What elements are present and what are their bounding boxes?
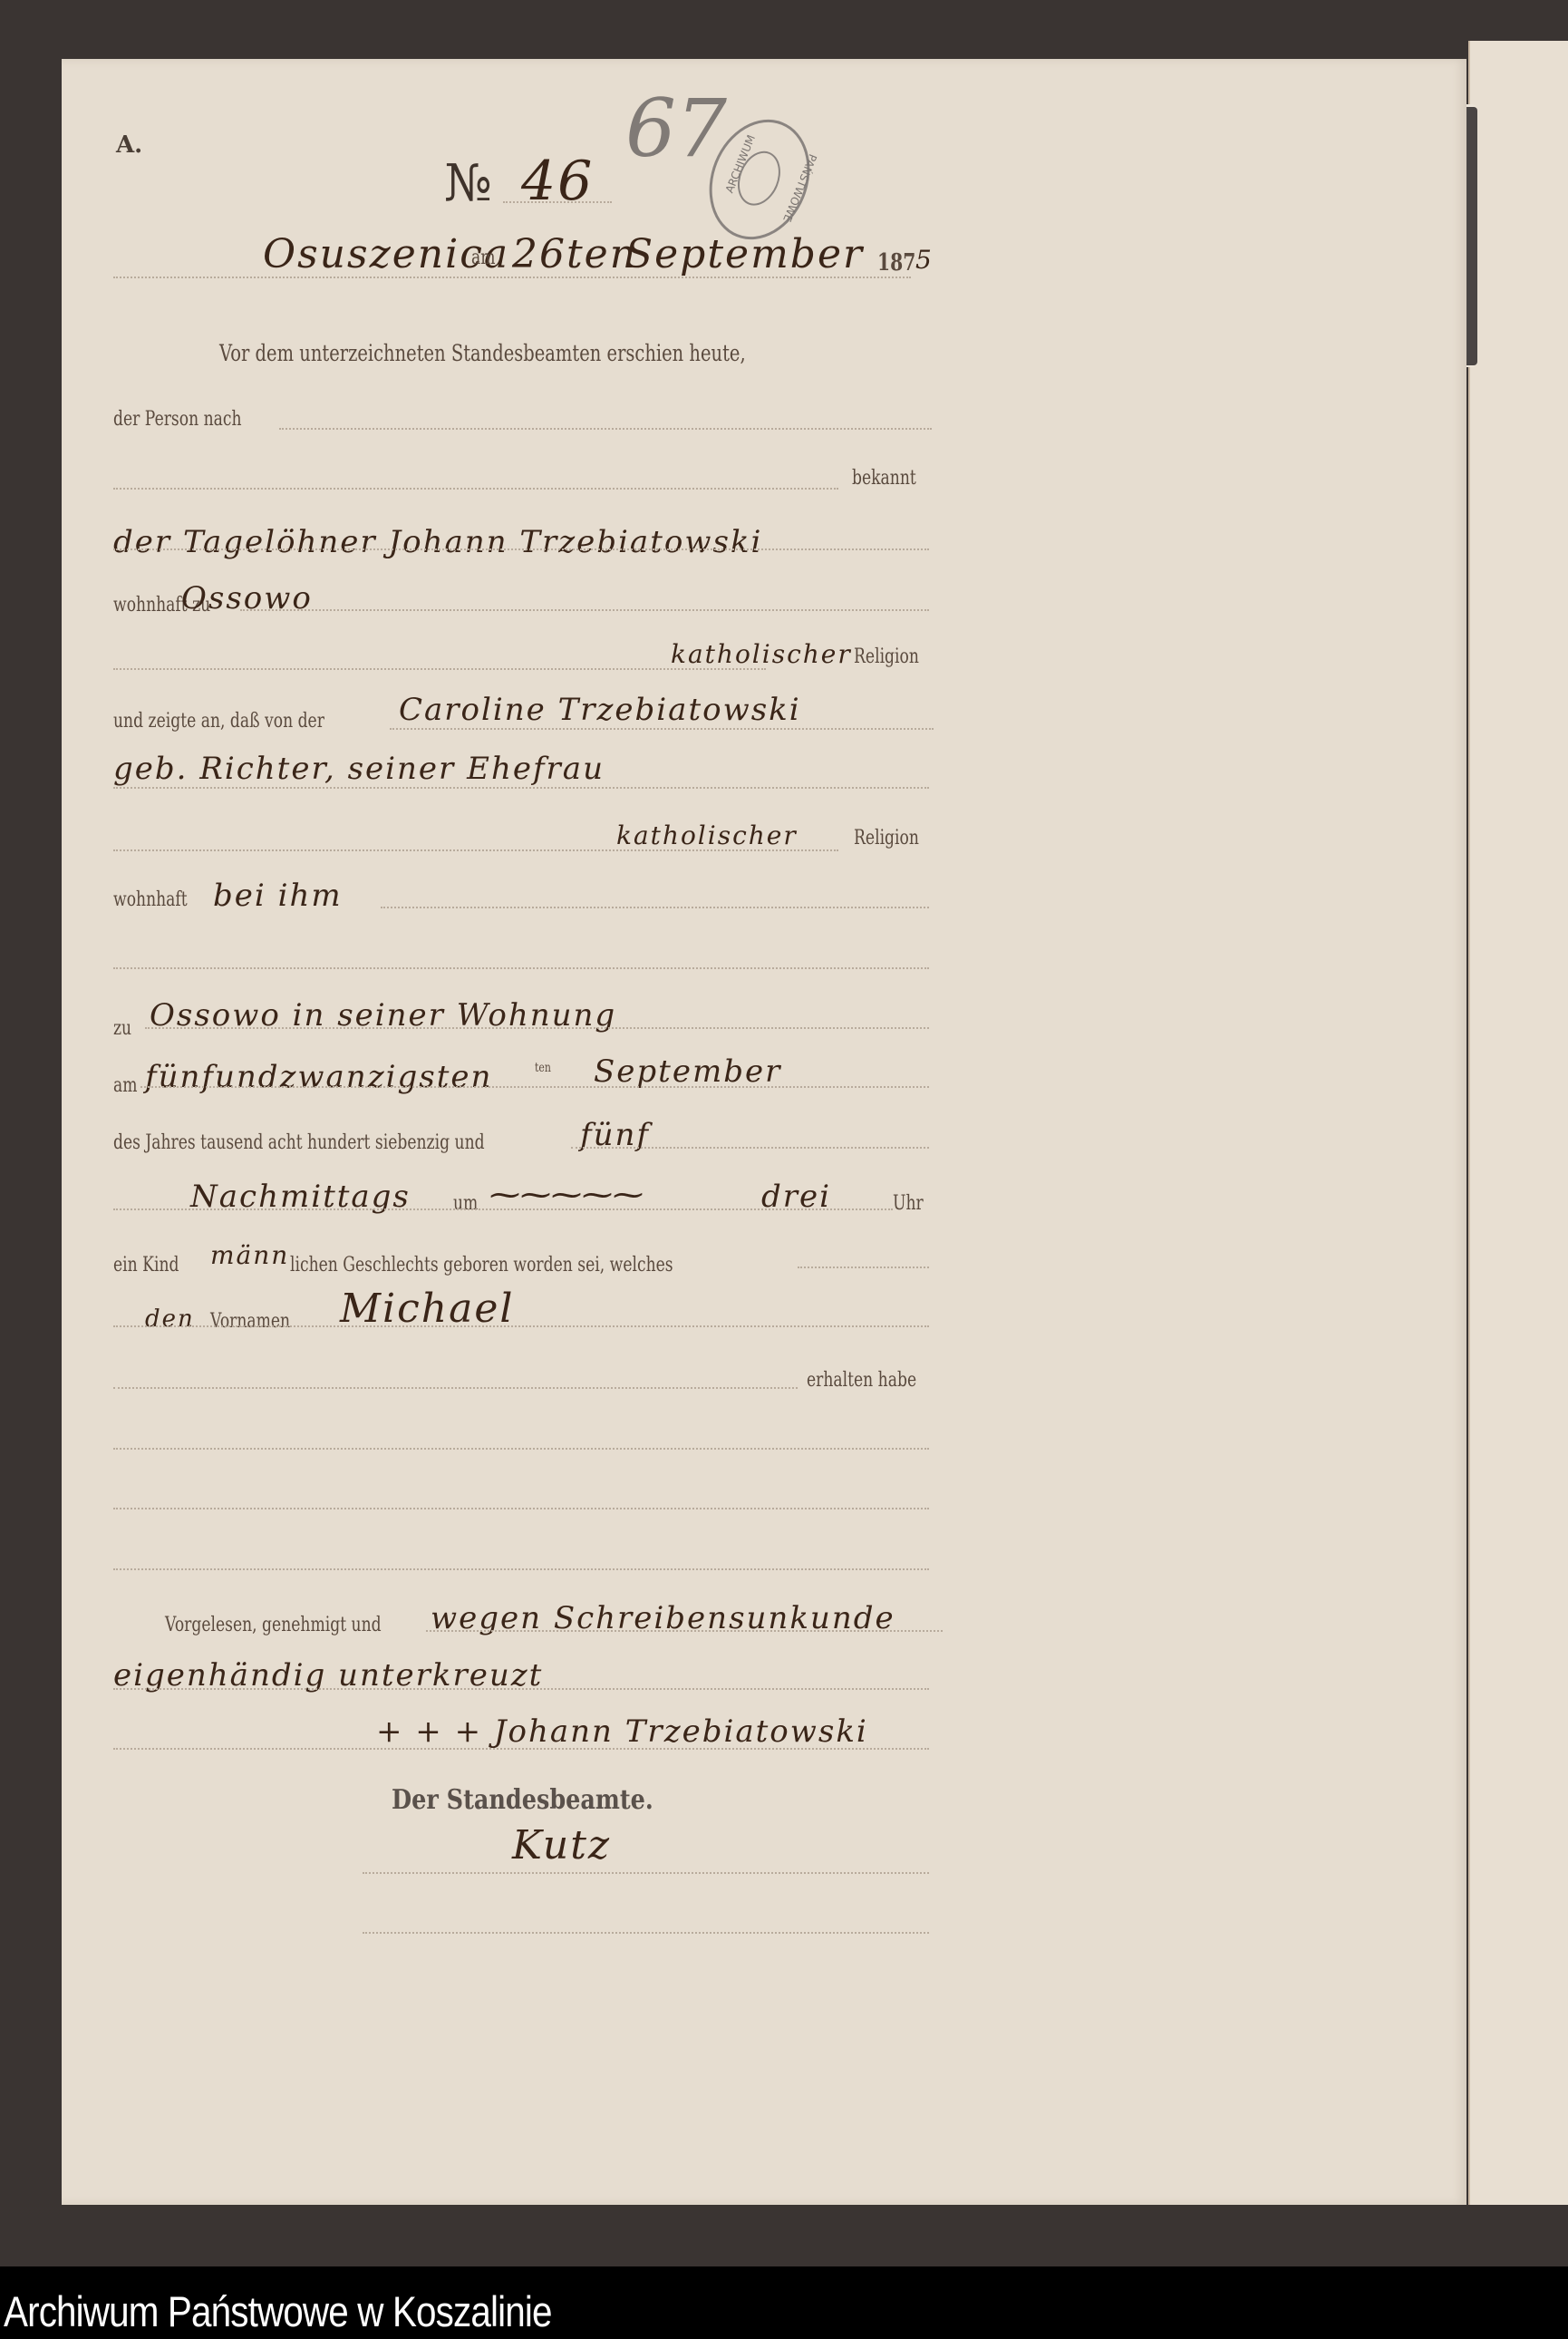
year-written: 5 [915, 245, 934, 275]
year-label: des Jahres tausend acht hundert siebenzi… [113, 1131, 485, 1154]
officer-signature: Kutz [512, 1822, 611, 1868]
announcement-label: und zeigte an, daß von der [113, 710, 324, 733]
dotted-line [503, 201, 612, 203]
mother-name: Caroline Trzebiatowski [399, 692, 801, 728]
read-label: Vorgelesen, genehmigt und [165, 1614, 382, 1636]
child-label-1: ein Kind [113, 1254, 179, 1276]
date-prefix: am [471, 247, 496, 269]
record-number: 46 [521, 150, 594, 213]
birth-place-label: zu [113, 1017, 131, 1040]
dotted-line [363, 1932, 929, 1934]
dotted-line [113, 1508, 929, 1509]
dotted-line [145, 1027, 929, 1029]
time-label: um [453, 1192, 478, 1215]
dotted-line [113, 668, 766, 670]
religion-1: katholischer [671, 639, 852, 669]
dotted-line [113, 277, 911, 278]
known-label: bekannt [852, 467, 916, 490]
officer-title: Der Standesbeamte. [392, 1784, 653, 1816]
mother-line2: geb. Richter, seiner Ehefrau [113, 751, 605, 787]
informant-signature: + + + Johann Trzebiatowski [376, 1713, 868, 1750]
dotted-line [279, 428, 932, 430]
child-label-2: lichen Geschlechts geboren worden sei, w… [290, 1254, 673, 1276]
archive-name: Archiwum Państwowe w Koszalinie [4, 2286, 552, 2336]
mother-residence-label: wohnhaft [113, 888, 188, 911]
month: September [625, 231, 864, 277]
dotted-line [240, 609, 929, 611]
hour-label: Uhr [893, 1192, 924, 1215]
dotted-line [381, 907, 929, 908]
mother-residence-value: bei ihm [213, 878, 343, 914]
dotted-line [113, 1748, 929, 1750]
day: 26ten [512, 231, 637, 277]
dotted-line [113, 849, 838, 851]
dotted-line [113, 787, 929, 789]
dotted-line [113, 1325, 929, 1327]
received-label: erhalten habe [807, 1369, 916, 1392]
time-dash: ⁓⁓⁓⁓⁓ [489, 1177, 644, 1213]
name-prefix: den [145, 1305, 195, 1333]
birth-day-suffix: ten [535, 1061, 551, 1075]
religion-label-2: Religion [854, 827, 919, 849]
section-letter: A. [116, 131, 142, 159]
dotted-line [571, 1147, 929, 1149]
child-sex: männ [210, 1240, 289, 1270]
number-sign: № [444, 154, 492, 213]
residence-value: Ossowo [181, 580, 313, 616]
year-printed: 187 [877, 249, 915, 277]
dotted-line [390, 728, 934, 730]
dotted-line [113, 1568, 929, 1570]
dotted-line [113, 1448, 929, 1450]
dotted-line [798, 1267, 929, 1268]
dotted-line [113, 1688, 929, 1690]
dotted-line [426, 1630, 943, 1632]
dotted-line [113, 488, 838, 490]
birth-day-value: fünfundzwanzigsten [145, 1059, 492, 1095]
person-label: der Person nach [113, 408, 242, 431]
religion-2: katholischer [616, 820, 798, 850]
archive-footer: Archiwum Państwowe w Koszalinie [0, 2266, 1568, 2339]
birth-day-label: am [113, 1074, 138, 1097]
next-page-edge [1468, 41, 1568, 2205]
name-label: Vornamen [210, 1310, 290, 1333]
dotted-line [113, 967, 929, 969]
dotted-line [113, 1387, 798, 1389]
dotted-line [363, 1872, 929, 1874]
birth-month: September [594, 1053, 781, 1090]
religion-label-1: Religion [854, 645, 919, 668]
pencil-note: 67 [625, 82, 727, 175]
informant: der Tagelöhner Johann Trzebiatowski [113, 524, 762, 560]
dotted-line [140, 1086, 929, 1088]
dotted-line [113, 548, 929, 550]
intro-text: Vor dem unterzeichneten Standesbeamten e… [219, 340, 746, 366]
dotted-line [113, 1208, 893, 1210]
